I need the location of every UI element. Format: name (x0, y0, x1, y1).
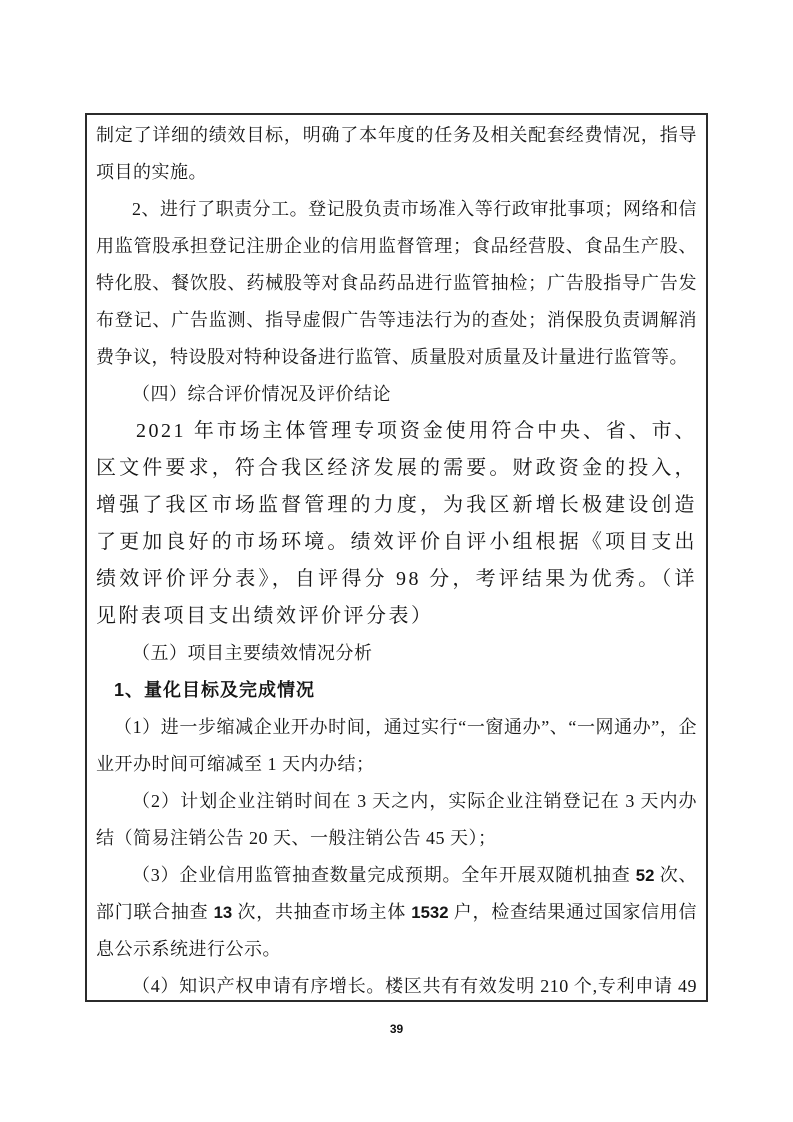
paragraph: 2、进行了职责分工。登记股负责市场准入等行政审批事项；网络和信用监管股承担登记注… (96, 191, 697, 376)
paragraph: 制定了详细的绩效目标，明确了本年度的任务及相关配套经费情况，指导项目的实施。 (96, 117, 697, 191)
text-run: 2021 年市场主体管理专项资金使用符合中央、省、市、区文件要求，符合我区经济发… (96, 420, 697, 627)
page-number: 39 (0, 1022, 793, 1036)
text-run: （3）企业信用监管抽查数量完成预期。全年开展双随机抽查 (132, 865, 636, 885)
text-run: 制定了详细的绩效目标，明确了本年度的任务及相关配套经费情况，指导项目的实施。 (96, 125, 697, 182)
paragraph: （1）进一步缩减企业开办时间，通过实行“一窗通办”、“一网通办”，企业开办时间可… (96, 709, 697, 783)
paragraph: （四）综合评价情况及评价结论 (96, 376, 697, 413)
text-run: （五）项目主要绩效情况分析 (132, 643, 373, 663)
document-body: 制定了详细的绩效目标，明确了本年度的任务及相关配套经费情况，指导项目的实施。2、… (96, 117, 697, 1002)
content-border-box: 制定了详细的绩效目标，明确了本年度的任务及相关配套经费情况，指导项目的实施。2、… (85, 113, 708, 1002)
paragraph: （3）企业信用监管抽查数量完成预期。全年开展双随机抽查 52 次、部门联合抽查 … (96, 857, 697, 968)
paragraph: （五）项目主要绩效情况分析 (96, 635, 697, 672)
text-run: 2、进行了职责分工。登记股负责市场准入等行政审批事项；网络和信用监管股承担登记注… (96, 199, 697, 367)
paragraph: 2021 年市场主体管理专项资金使用符合中央、省、市、区文件要求，符合我区经济发… (96, 413, 697, 635)
document-page: 制定了详细的绩效目标，明确了本年度的任务及相关配套经费情况，指导项目的实施。2、… (0, 0, 793, 1122)
bold-number-run: 52 (636, 866, 655, 885)
text-run: 次，共抽查市场主体 (232, 902, 411, 922)
bold-number-run: 13 (214, 903, 233, 922)
bold-number-run: 1、量化目标及完成情况 (114, 680, 315, 700)
text-run: （四）综合评价情况及评价结论 (132, 384, 391, 404)
paragraph: 1、量化目标及完成情况 (96, 672, 697, 709)
text-run: （4）知识产权申请有序增长。楼区共有有效发明 210 个,专利申请 493 (96, 976, 697, 1002)
text-run: （2）计划企业注销时间在 3 天之内，实际企业注销登记在 3 天内办结（简易注销… (96, 791, 697, 848)
paragraph: （4）知识产权申请有序增长。楼区共有有效发明 210 个,专利申请 493 (96, 968, 697, 1002)
bold-number-run: 1532 (411, 903, 448, 922)
paragraph: （2）计划企业注销时间在 3 天之内，实际企业注销登记在 3 天内办结（简易注销… (96, 783, 697, 857)
text-run: （1）进一步缩减企业开办时间，通过实行“一窗通办”、“一网通办”，企业开办时间可… (96, 717, 697, 774)
